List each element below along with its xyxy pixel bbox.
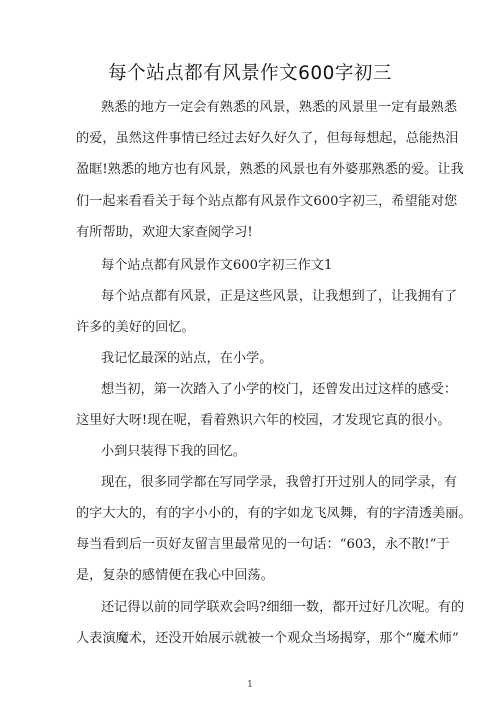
paragraph-1-line-3: 盈眶!熟悉的地方也有风景，熟悉的风景也有外婆那熟悉的爱。让我 bbox=[76, 160, 428, 180]
paragraph-6-line-1: 现在，很多同学都在写同学录，我曾打开过别人的同学录，有 bbox=[101, 473, 428, 493]
paragraph-2-line-2: 许多的美好的回忆。 bbox=[76, 318, 428, 338]
paragraph-1-line-4: 们一起来看看关于每个站点都有风景作文600字初三，希望能对您 bbox=[76, 192, 428, 212]
document-title: 每个站点都有风景作文600字初三 bbox=[0, 60, 500, 88]
paragraph-6-line-3: 每当看到后一页好友留言里最常见的一句话：“603，永不散!”于 bbox=[76, 535, 428, 555]
paragraph-7-line-1: 还记得以前的同学联欢会吗?细细一数，都开过好几次呢。有的 bbox=[101, 598, 428, 618]
paragraph-2-line-1: 每个站点都有风景，正是这些风景，让我想到了，让我拥有了 bbox=[101, 287, 428, 307]
paragraph-1-line-2: 的爱，虽然这件事情已经过去好久好久了，但每每想起，总能热泪 bbox=[76, 129, 428, 149]
paragraph-1-line-5: 有所帮助，欢迎大家查阅学习! bbox=[76, 223, 428, 243]
page-number: 1 bbox=[0, 680, 500, 690]
document-page: 每个站点都有风景作文600字初三 熟悉的地方一定会有熟悉的风景，熟悉的风景里一定… bbox=[0, 0, 500, 707]
paragraph-5: 小到只装得下我的回忆。 bbox=[101, 442, 428, 462]
paragraph-4-line-1: 想当初，第一次踏入了小学的校门，还曾发出过这样的感受： bbox=[101, 380, 428, 400]
paragraph-4-line-2: 这里好大呀!现在呢，看着熟识六年的校园，才发现它真的很小。 bbox=[76, 411, 428, 431]
paragraph-3: 我记忆最深的站点，在小学。 bbox=[101, 349, 428, 369]
paragraph-1-line-1: 熟悉的地方一定会有熟悉的风景，熟悉的风景里一定有最熟悉 bbox=[101, 98, 428, 118]
paragraph-6-line-4: 是，复杂的感情便在我心中回荡。 bbox=[76, 566, 428, 586]
paragraph-7-line-2: 人表演魔术，还没开始展示就被一个观众当场揭穿，那个“魔术师” bbox=[76, 629, 428, 649]
section-heading: 每个站点都有风景作文600字初三作文1 bbox=[101, 256, 428, 276]
paragraph-6-line-2: 的字大大的，有的字小小的，有的字如龙飞凤舞，有的字清透美丽。 bbox=[76, 504, 428, 524]
